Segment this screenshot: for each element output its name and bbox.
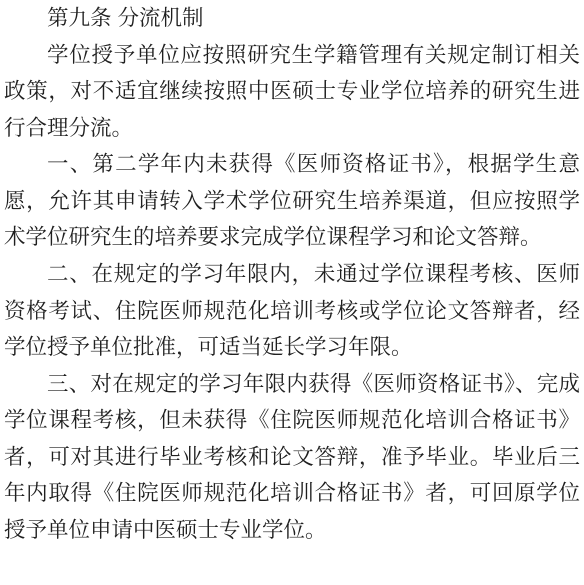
paragraph-intro: 学位授予单位应按照研究生学籍管理有关规定制订相关政策，对不适宜继续按照中医硕士专… — [4, 37, 580, 147]
document-page: 第九条 分流机制 学位授予单位应按照研究生学籍管理有关规定制订相关政策，对不适宜… — [0, 0, 584, 585]
paragraph-item-1: 一、第二学年内未获得《医师资格证书》，根据学生意愿，允许其申请转入学术学位研究生… — [4, 146, 580, 256]
article-heading: 第九条 分流机制 — [4, 0, 580, 37]
paragraph-item-3: 三、对在规定的学习年限内获得《医师资格证书》、完成学位课程考核，但未获得《住院医… — [4, 366, 580, 549]
paragraph-item-2: 二、在规定的学习年限内，未通过学位课程考核、医师资格考试、住院医师规范化培训考核… — [4, 256, 580, 366]
